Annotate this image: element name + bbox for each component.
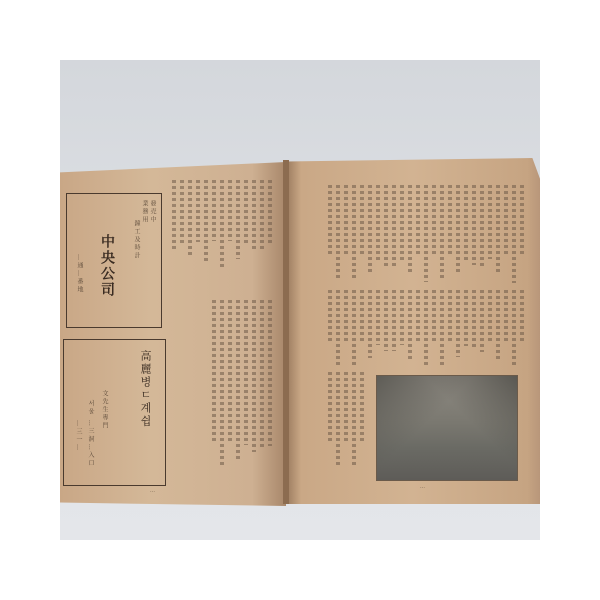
text-column bbox=[472, 185, 476, 265]
text-column bbox=[220, 300, 224, 468]
text-column bbox=[196, 180, 200, 242]
ad-header-3: 鐘工及時計 bbox=[132, 220, 141, 260]
text-column bbox=[228, 180, 232, 241]
text-column bbox=[416, 290, 420, 342]
text-column bbox=[416, 185, 420, 257]
text-column bbox=[336, 372, 340, 468]
text-column bbox=[260, 180, 264, 250]
text-column bbox=[472, 290, 476, 350]
text-column bbox=[244, 300, 248, 445]
text-column bbox=[488, 290, 492, 344]
text-column bbox=[252, 180, 256, 252]
text-column bbox=[328, 185, 332, 257]
text-column bbox=[352, 372, 356, 468]
text-column bbox=[352, 185, 356, 281]
text-column bbox=[520, 290, 524, 341]
text-column bbox=[328, 372, 332, 444]
ad-line-2: 서울 …三洞…入口 bbox=[86, 400, 95, 468]
text-column bbox=[376, 290, 380, 345]
ad-title: 高麗병ㄷ계쉽 bbox=[137, 350, 153, 428]
text-column bbox=[464, 290, 468, 346]
company-address: …通…番地 bbox=[75, 254, 84, 294]
text-column bbox=[512, 185, 516, 283]
text-column bbox=[368, 185, 372, 273]
company-name: 中央公司 bbox=[97, 234, 117, 298]
text-column bbox=[328, 290, 332, 342]
text-column bbox=[212, 300, 216, 441]
text-column bbox=[392, 290, 396, 351]
text-column bbox=[448, 185, 452, 257]
text-column bbox=[384, 185, 388, 266]
text-column bbox=[384, 290, 388, 351]
text-column bbox=[448, 290, 452, 342]
advertisement-central-company: 發売中 業務用 鐘工及時計 中央公司 …通…番地 bbox=[66, 193, 162, 328]
text-column bbox=[368, 290, 372, 358]
text-column bbox=[252, 300, 256, 452]
text-column bbox=[496, 185, 500, 275]
text-column bbox=[440, 290, 444, 365]
text-column bbox=[344, 372, 348, 443]
text-column bbox=[424, 185, 428, 282]
text-column bbox=[336, 185, 340, 281]
ad-header-2: 業務用 bbox=[140, 200, 149, 224]
text-column bbox=[488, 185, 492, 259]
text-column bbox=[496, 290, 500, 360]
text-column bbox=[344, 290, 348, 341]
text-column bbox=[360, 372, 364, 444]
text-column bbox=[408, 290, 412, 359]
text-column bbox=[440, 185, 444, 280]
text-column bbox=[244, 180, 248, 245]
text-column bbox=[260, 300, 264, 450]
right-folio: … bbox=[420, 484, 425, 490]
left-folio: … bbox=[150, 488, 155, 494]
text-column bbox=[236, 180, 240, 259]
text-column bbox=[220, 180, 224, 268]
text-column bbox=[268, 180, 272, 246]
ad-line-1: 文先生專門 bbox=[100, 390, 109, 430]
text-column bbox=[456, 290, 460, 357]
text-column bbox=[172, 180, 176, 249]
text-column bbox=[424, 290, 428, 367]
text-column bbox=[392, 185, 396, 266]
mountain-photo bbox=[376, 375, 518, 481]
ad-header-1: 發売中 bbox=[148, 200, 157, 224]
text-column bbox=[520, 185, 524, 256]
text-column bbox=[352, 290, 356, 366]
text-column bbox=[180, 180, 184, 246]
text-column bbox=[432, 290, 436, 341]
text-column bbox=[512, 290, 516, 368]
ad-line-3: …三一… bbox=[74, 420, 83, 452]
text-column bbox=[228, 300, 232, 441]
text-column bbox=[188, 180, 192, 256]
text-column bbox=[480, 290, 484, 352]
text-column bbox=[400, 290, 404, 345]
text-column bbox=[268, 300, 272, 446]
text-column bbox=[204, 180, 208, 264]
text-column bbox=[504, 290, 508, 341]
text-column bbox=[464, 185, 468, 261]
text-column bbox=[236, 300, 240, 459]
text-column bbox=[456, 185, 460, 272]
text-column bbox=[504, 185, 508, 256]
text-column bbox=[360, 185, 364, 257]
text-column bbox=[400, 185, 404, 260]
text-column bbox=[408, 185, 412, 274]
book-spine bbox=[283, 160, 289, 504]
text-column bbox=[432, 185, 436, 256]
text-column bbox=[344, 185, 348, 256]
text-column bbox=[480, 185, 484, 267]
advertisement-korea: 高麗병ㄷ계쉽 文先生專門 서울 …三洞…入口 …三一… bbox=[63, 339, 166, 486]
text-column bbox=[212, 180, 216, 241]
text-column bbox=[336, 290, 340, 366]
text-column bbox=[376, 185, 380, 260]
text-column bbox=[360, 290, 364, 342]
